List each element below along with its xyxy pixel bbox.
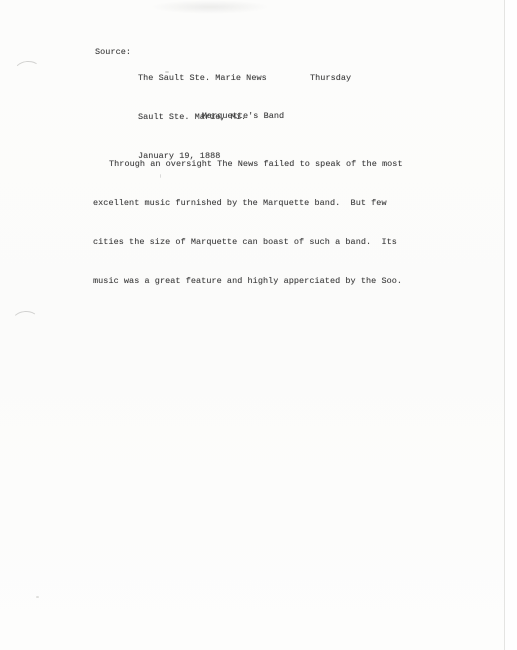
body-line: cities the size of Marquette can boast o… xyxy=(93,236,403,249)
page-edge-strip xyxy=(505,0,517,650)
hole-punch-mark-middle xyxy=(11,310,39,332)
scanned-page: Source: The Sault Ste. Marie News Sault … xyxy=(0,0,517,650)
scan-speck xyxy=(36,596,39,598)
body-line: music was a great feature and highly app… xyxy=(93,275,403,288)
body-line: Through an oversight The News failed to … xyxy=(93,158,403,171)
hole-punch-mark-top xyxy=(13,60,42,83)
source-publication: The Sault Ste. Marie News xyxy=(138,72,267,85)
source-weekday: Thursday xyxy=(310,72,351,85)
article-body: Through an oversight The News failed to … xyxy=(93,132,403,314)
body-line: excellent music furnished by the Marquet… xyxy=(93,197,403,210)
scan-smudge xyxy=(150,0,270,14)
page-edge-line xyxy=(504,0,505,650)
article-title: Marquette's Band xyxy=(93,110,393,123)
source-label: Source: xyxy=(95,46,131,59)
